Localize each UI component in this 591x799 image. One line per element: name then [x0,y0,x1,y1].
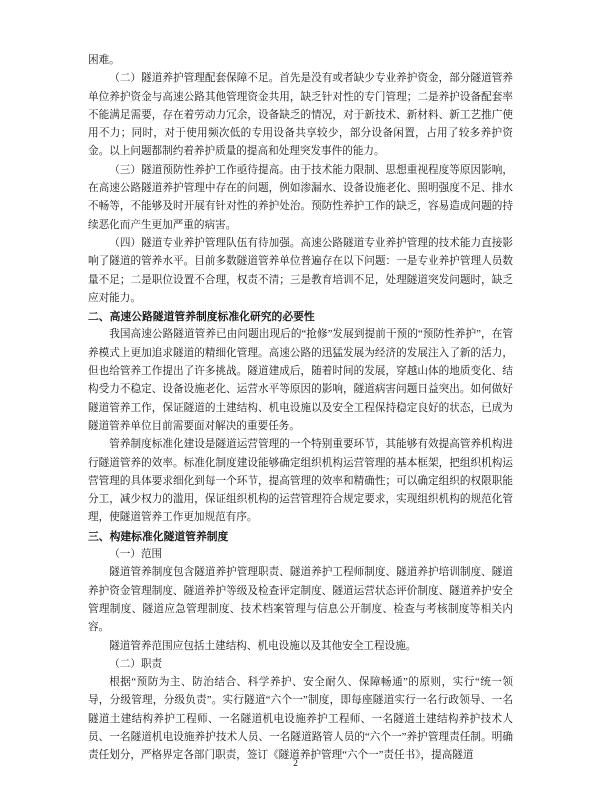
body-paragraph: 管养制度标准化建设是隧道运营管理的一个特别重要环节，其能够有效提高管养机构进行隧… [88,436,513,527]
sub-heading: （二）职责 [88,656,513,674]
body-paragraph: 隧道管养范围应包括土建结构、机电设施以及其他安全工程设施。 [88,638,513,656]
body-paragraph: 我国高速公路隧道管养已由问题出现后的“抢修”发展到提前干预的“预防性养护”，在管… [88,326,513,436]
body-paragraph: （三）隧道预防性养护工作亟待提高。由于技术能力限制、思想重视程度等原因影响，在高… [88,162,513,235]
page-number: 2 [0,759,591,769]
body-paragraph: （二）隧道养护管理配套保障不足。首先是没有或者缺少专业养护资金，部分隧道管养单位… [88,70,513,161]
section-heading: 二、高速公路隧道管养制度标准化研究的必要性 [88,308,513,326]
body-paragraph: 隧道管养制度包含隧道养护管理职责、隧道养护工程师制度、隧道养护培训制度、隧道养护… [88,564,513,637]
body-paragraph: 困难。 [88,52,513,70]
document-body: 困难。 （二）隧道养护管理配套保障不足。首先是没有或者缺少专业养护资金，部分隧道… [88,52,513,766]
document-page: 困难。 （二）隧道养护管理配套保障不足。首先是没有或者缺少专业养护资金，部分隧道… [0,0,591,799]
section-heading: 三、构建标准化隧道管养制度 [88,528,513,546]
sub-heading: （一）范围 [88,546,513,564]
body-paragraph: （四）隧道专业养护管理队伍有待加强。高速公路隧道专业养护管理的技术能力直接影响了… [88,235,513,308]
body-paragraph: 根据“预防为主、防治结合、科学养护、安全耐久、保障畅通”的原则，实行“统一领导，… [88,674,513,765]
